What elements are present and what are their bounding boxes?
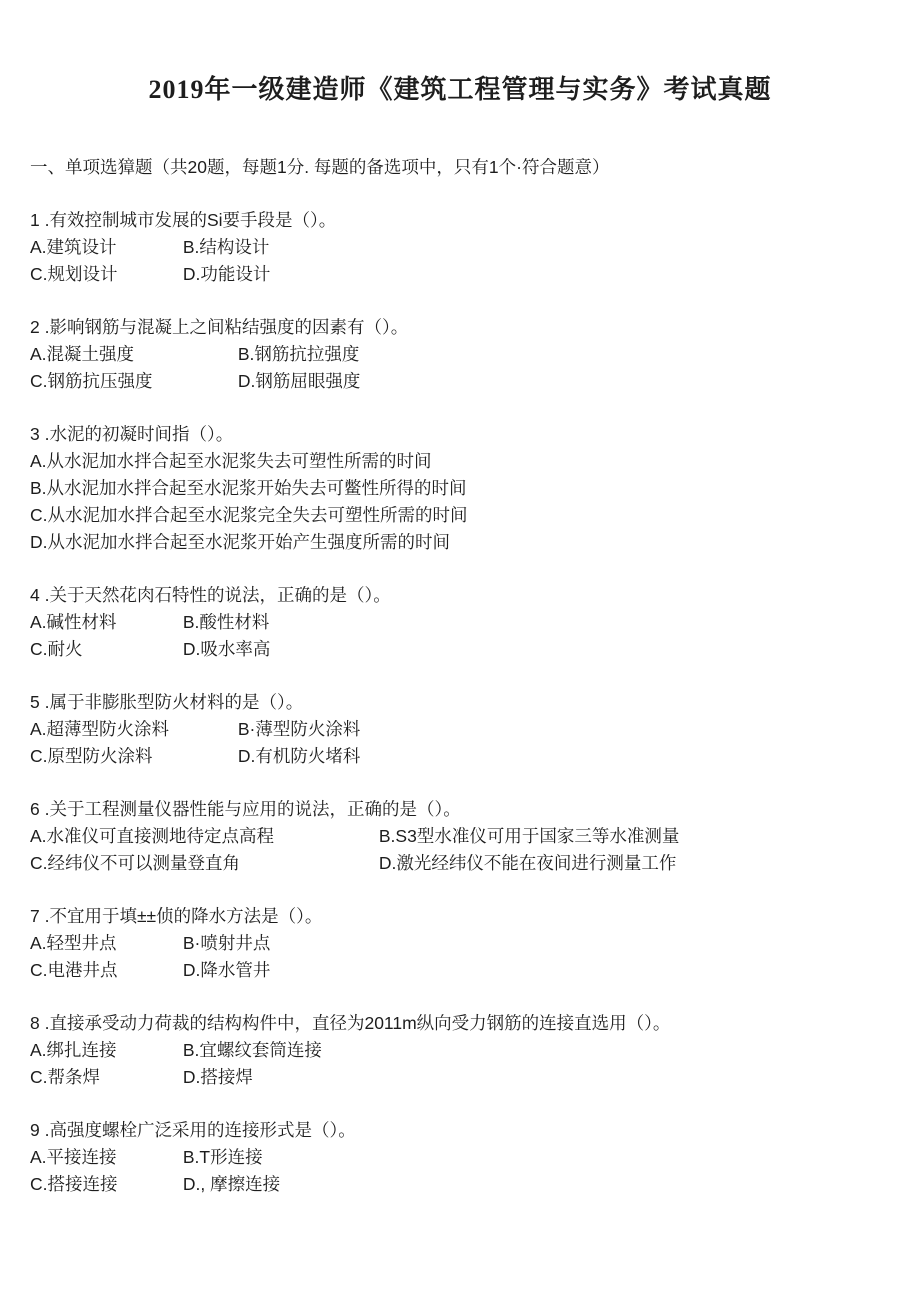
- option-b: B.从水泥加水拌合起至水泥浆开始失去可鳖性所得的时间: [30, 475, 467, 502]
- option-row: D.从水泥加水拌合起至水泥浆开始产生强度所需的时间: [30, 529, 890, 556]
- option-c: C.规划设计: [30, 261, 178, 288]
- option-row: C.钢筋抗压强度 D.钢筋屈眼强度: [30, 368, 890, 395]
- option-a: A.超薄型防火涂料: [30, 716, 233, 743]
- option-a: A.建筑设计: [30, 234, 178, 261]
- option-row: A.从水泥加水拌合起至水泥浆失去可塑性所需的时间: [30, 448, 890, 475]
- option-row: C.帮条焊 D.搭接焊: [30, 1064, 890, 1091]
- option-row: C.原型防火涂料 D.有机防火堵科: [30, 743, 890, 770]
- option-a: A.绑扎连接: [30, 1037, 178, 1064]
- option-c: C.从水泥加水拌合起至水泥浆完全失去可塑性所需的时间: [30, 502, 468, 529]
- option-b: B.S3型水准仪可用于国家三等水准测量: [379, 823, 679, 850]
- question-1: 1 .有效控制城市发展的Si要手段是（）。 A.建筑设计 B.结构设计 C.规划…: [30, 207, 890, 288]
- option-b: B.钢筋抗拉强度: [238, 341, 360, 368]
- option-row: C.规划设计 D.功能设计: [30, 261, 890, 288]
- exam-document-page: 2019年一级建造师《建筑工程管理与实务》考试真题 一、单项选獐题（共20题，每…: [0, 0, 920, 1301]
- option-row: A.超薄型防火涂料 B·薄型防火涂料: [30, 716, 890, 743]
- question-3: 3 .水泥的初凝时间指（）。 A.从水泥加水拌合起至水泥浆失去可塑性所需的时间 …: [30, 421, 890, 556]
- option-row: A.建筑设计 B.结构设计: [30, 234, 890, 261]
- option-c: C.搭接连接: [30, 1171, 178, 1198]
- option-row: A.轻型井点 B·喷射井点: [30, 930, 890, 957]
- question-8: 8 .直接承受动力荷裁的结构构件中，直径为2011m纵向受力钢筋的连接直选用（）…: [30, 1010, 890, 1091]
- option-c: C.钢筋抗压强度: [30, 368, 233, 395]
- option-a: A.从水泥加水拌合起至水泥浆失去可塑性所需的时间: [30, 448, 432, 475]
- option-row: A.混凝土强度 B.钢筋抗拉强度: [30, 341, 890, 368]
- option-c: C.原型防火涂料: [30, 743, 233, 770]
- option-b: B.T形连接: [183, 1144, 263, 1171]
- option-b: B·薄型防火涂料: [238, 716, 361, 743]
- option-d: D.降水管井: [183, 957, 271, 984]
- document-title: 2019年一级建造师《建筑工程管理与实务》考试真题: [30, 72, 890, 108]
- option-b: B.酸性材料: [183, 609, 270, 636]
- question-text: 4 .关于天然花肉石特性的说法，正确的是（）。: [30, 582, 890, 609]
- option-d: D.功能设计: [183, 261, 271, 288]
- option-row: B.从水泥加水拌合起至水泥浆开始失去可鳖性所得的时间: [30, 475, 890, 502]
- question-7: 7 .不宜用于填±±侦的降水方法是（）。 A.轻型井点 B·喷射井点 C.电港井…: [30, 903, 890, 984]
- question-text: 8 .直接承受动力荷裁的结构构件中，直径为2011m纵向受力钢筋的连接直选用（）…: [30, 1010, 890, 1037]
- question-6: 6 .关于工程测量仪器性能与应用的说法，正确的是（）。 A.水准仪可直接测地待定…: [30, 796, 890, 877]
- option-row: C.搭接连接 D., 摩擦连接: [30, 1171, 890, 1198]
- option-b: B.结构设计: [183, 234, 270, 261]
- option-row: A.平接连接 B.T形连接: [30, 1144, 890, 1171]
- question-text: 1 .有效控制城市发展的Si要手段是（）。: [30, 207, 890, 234]
- option-c: C.耐火: [30, 636, 178, 663]
- option-c: C.经纬仪不可以测量登直角: [30, 850, 374, 877]
- option-a: A.混凝土强度: [30, 341, 233, 368]
- option-a: A.平接连接: [30, 1144, 178, 1171]
- question-text: 3 .水泥的初凝时间指（）。: [30, 421, 890, 448]
- question-text: 7 .不宜用于填±±侦的降水方法是（）。: [30, 903, 890, 930]
- option-a: A.碱性材料: [30, 609, 178, 636]
- option-d: D.激光经纬仪不能在夜间进行测量工作: [379, 850, 677, 877]
- question-2: 2 .影响钢筋与混凝上之间粘结强度的因素有（）。 A.混凝土强度 B.钢筋抗拉强…: [30, 314, 890, 395]
- option-row: A.碱性材料 B.酸性材料: [30, 609, 890, 636]
- question-text: 9 .高强度螺栓广泛采用的连接形式是（）。: [30, 1117, 890, 1144]
- option-row: A.绑扎连接 B.宜螺纹套筒连接: [30, 1037, 890, 1064]
- question-text: 2 .影响钢筋与混凝上之间粘结强度的因素有（）。: [30, 314, 890, 341]
- option-d: D.有机防火堵科: [238, 743, 361, 770]
- option-d: D.钢筋屈眼强度: [238, 368, 361, 395]
- question-text: 5 .属于非膨胀型防火材料的是（）。: [30, 689, 890, 716]
- option-row: C.电港井点 D.降水管井: [30, 957, 890, 984]
- option-d: D.从水泥加水拌合起至水泥浆开始产生强度所需的时间: [30, 529, 450, 556]
- option-row: A.水准仪可直接测地待定点高程 B.S3型水准仪可用于国家三等水准测量: [30, 823, 890, 850]
- option-a: A.轻型井点: [30, 930, 178, 957]
- option-b: B·喷射井点: [183, 930, 271, 957]
- section-header: 一、单项选獐题（共20题，每题1分. 每题的备选项中，只有1个·符合题意）: [30, 154, 890, 181]
- question-5: 5 .属于非膨胀型防火材料的是（）。 A.超薄型防火涂料 B·薄型防火涂料 C.…: [30, 689, 890, 770]
- option-d: D.吸水率高: [183, 636, 271, 663]
- option-a: A.水准仪可直接测地待定点高程: [30, 823, 374, 850]
- option-row: C.从水泥加水拌合起至水泥浆完全失去可塑性所需的时间: [30, 502, 890, 529]
- question-9: 9 .高强度螺栓广泛采用的连接形式是（）。 A.平接连接 B.T形连接 C.搭接…: [30, 1117, 890, 1198]
- question-text: 6 .关于工程测量仪器性能与应用的说法，正确的是（）。: [30, 796, 890, 823]
- option-d: D.搭接焊: [183, 1064, 253, 1091]
- option-row: C.经纬仪不可以测量登直角 D.激光经纬仪不能在夜间进行测量工作: [30, 850, 890, 877]
- option-c: C.帮条焊: [30, 1064, 178, 1091]
- option-d: D., 摩擦连接: [183, 1171, 280, 1198]
- option-b: B.宜螺纹套筒连接: [183, 1037, 322, 1064]
- question-4: 4 .关于天然花肉石特性的说法，正确的是（）。 A.碱性材料 B.酸性材料 C.…: [30, 582, 890, 663]
- option-row: C.耐火 D.吸水率高: [30, 636, 890, 663]
- option-c: C.电港井点: [30, 957, 178, 984]
